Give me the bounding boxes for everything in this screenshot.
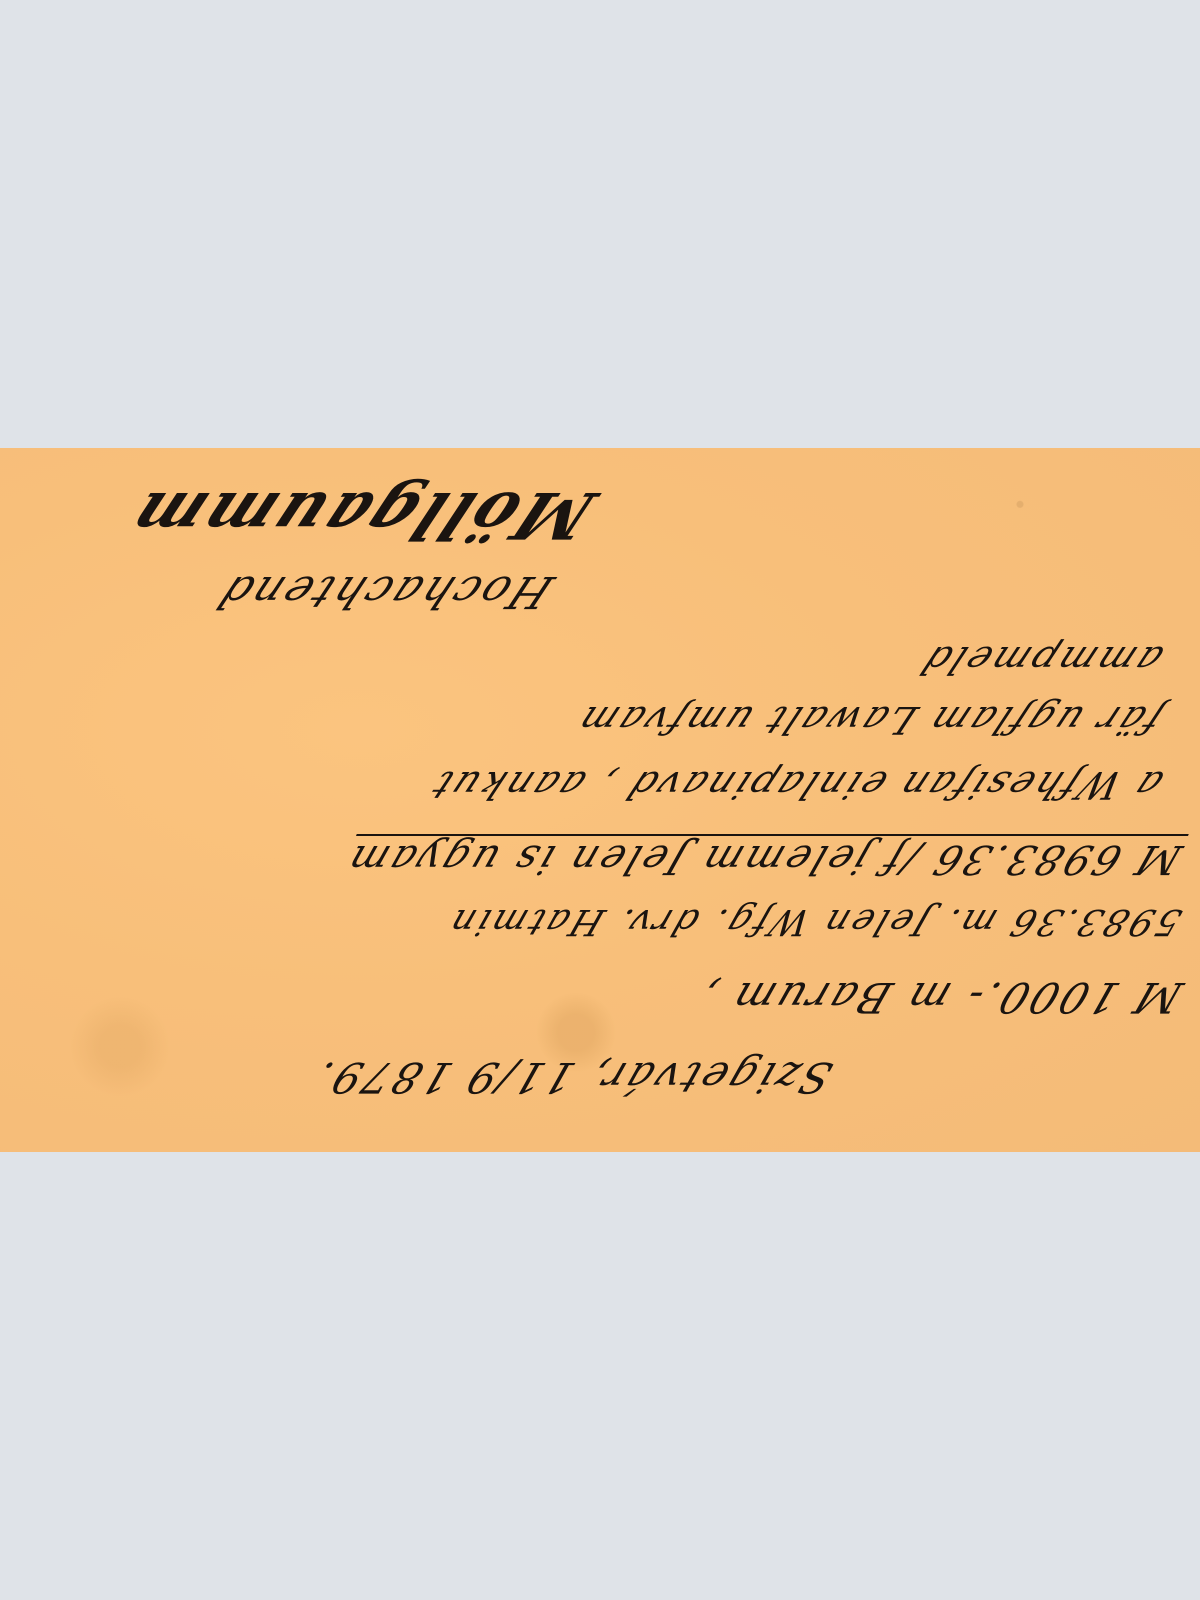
- text-line-6: ammpmeld: [912, 638, 1171, 682]
- closing: Hochachtend: [208, 566, 562, 617]
- text-line-2: 5983.36 m. Jelen Wfg. drv. Hatmin: [441, 901, 1187, 942]
- text-line-1: M 1000.- m Barum ,: [690, 973, 1189, 1022]
- text-line-3: M 6983.36 /f jelemm Jelen is ugyam: [339, 834, 1189, 882]
- text-line-5: fär ugflam Lawalt umfvam: [568, 698, 1171, 742]
- date-line: Szigetvár, 11/9 1879.: [306, 1053, 839, 1102]
- postcard: Szigetvár, 11/9 1879. M 1000.- m Barum ,…: [0, 448, 1200, 1152]
- handwriting-area: Szigetvár, 11/9 1879. M 1000.- m Barum ,…: [0, 448, 1200, 1152]
- signature: Möllgaumm: [115, 477, 607, 552]
- text-line-4: a Wfhesifan einlapinavd , aankut: [422, 763, 1170, 807]
